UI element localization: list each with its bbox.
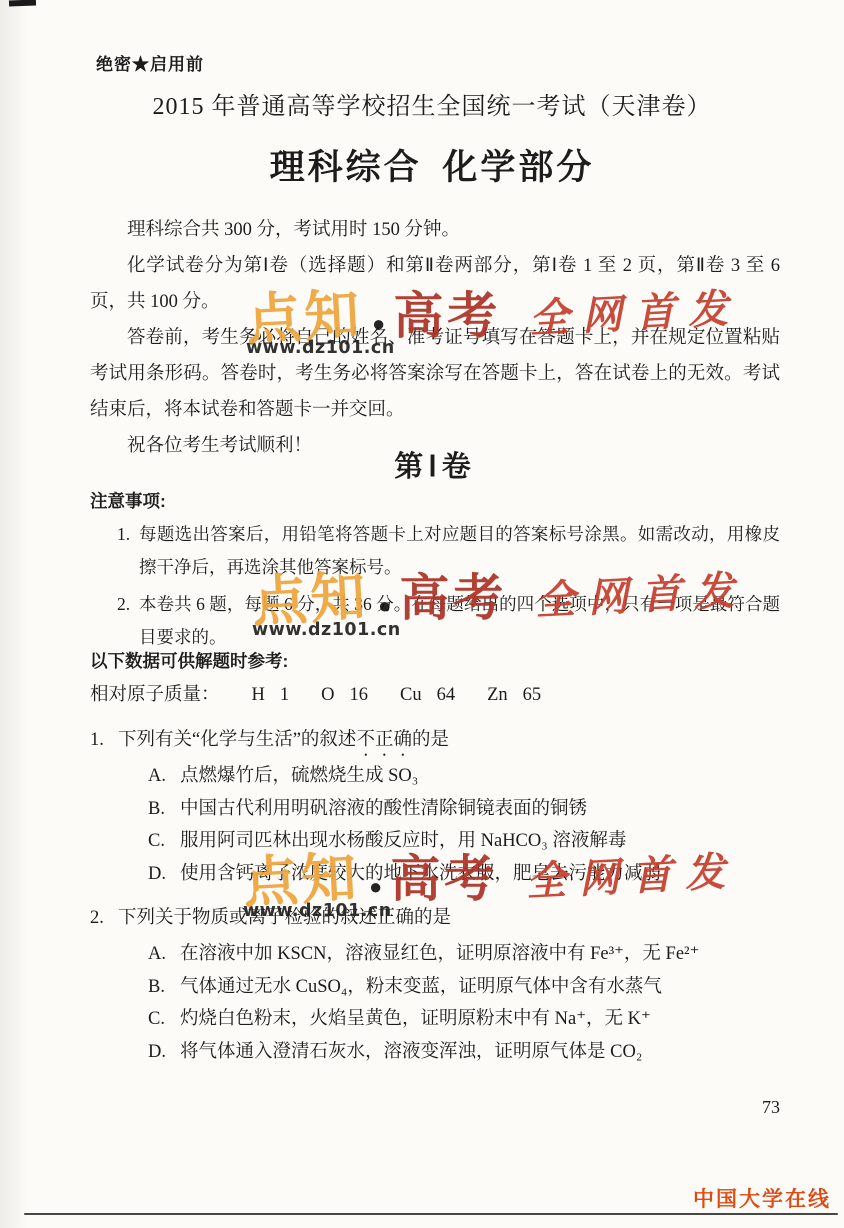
option-label: D. [148,1036,180,1069]
option-label: A. [148,760,180,793]
instruction-paragraph-2: 化学试卷分为第Ⅰ卷（选择题）和第Ⅱ卷两部分，第Ⅰ卷 1 至 2 页，第Ⅱ卷 3 … [90,248,780,320]
site-credit: 中国大学在线 [693,1183,831,1213]
option-text: 在溶液中加 KSCN，溶液显红色，证明原溶液中有 Fe³⁺，无 Fe²⁺ [180,938,780,971]
atomic-mass-pair: H1 [252,685,290,705]
atomic-mass-pair: Cu64 [400,685,455,705]
option-text: 服用阿司匹林出现水杨酸反应时，用 NaHCO₃ 溶液解毒 [180,825,780,858]
option-label: C. [148,1003,180,1036]
option-label: A. [148,938,180,971]
reference-data-heading: 以下数据可供解题时参考: [90,648,288,674]
note-item-1: 1. 每题选出答案后，用铅笔将答题卡上对应题目的答案标号涂黑。如需改动，用橡皮擦… [90,518,780,584]
option-label: C. [148,825,180,858]
exam-title: 2015 年普通高等学校招生全国统一考试（天津卷） [60,86,804,121]
instruction-paragraph-3: 答卷前，考生务必将自己的姓名、准考证号填写在答题卡上，并在规定位置粘贴考试用条形… [90,320,780,428]
option-c: C. 灼烧白色粉末，火焰呈黄色，证明原粉末中有 Na⁺，无 K⁺ [148,1003,780,1036]
option-b: B. 气体通过无水 CuSO₄，粉末变蓝，证明原气体中含有水蒸气 [148,971,780,1004]
scan-left-edge-shading [0,0,28,1228]
note-number: 1. [117,518,139,584]
subject-part-name: 化学部分 [442,148,594,187]
instruction-paragraph-1: 理科综合共 300 分，考试用时 150 分钟。 [90,212,780,248]
atomic-mass-pair: Zn65 [487,685,541,705]
option-text: 气体通过无水 CuSO₄，粉末变蓝，证明原气体中含有水蒸气 [180,971,780,1004]
element-mass: 16 [350,685,369,705]
note-number: 2. [117,588,139,654]
option-label: B. [148,793,180,826]
option-list: A. 点燃爆竹后，硫燃烧生成 SO₃ B. 中国古代利用明矾溶液的酸性清除铜镜表… [90,760,780,890]
option-c: C. 服用阿司匹林出现水杨酸反应时，用 NaHCO₃ 溶液解毒 [148,825,780,858]
element-symbol: H [252,685,265,705]
question-text: 下列关于物质或离子检验的叙述正确的是 [118,902,780,938]
option-a: A. 点燃爆竹后，硫燃烧生成 SO₃ [148,760,780,793]
option-text: 点燃爆竹后，硫燃烧生成 SO₃ [180,760,780,793]
question-2: 2. 下列关于物质或离子检验的叙述正确的是 A. 在溶液中加 KSCN，溶液显红… [90,902,780,1068]
question-number: 2. [90,902,118,938]
atomic-mass-row: 相对原子质量：H1O16Cu64Zn65 [90,682,541,708]
question-1: 1. 下列有关“化学与生活”的叙述不正确的是 A. 点燃爆竹后，硫燃烧生成 SO… [90,724,780,890]
option-d: D. 将气体通入澄清石灰水，溶液变浑浊，证明原气体是 CO₂ [148,1036,780,1069]
element-mass: 64 [437,685,456,705]
stem-post: 的是 [412,730,449,750]
option-label: D. [148,858,180,891]
question-stem: 1. 下列有关“化学与生活”的叙述不正确的是 [90,724,780,760]
exam-instructions: 理科综合共 300 分，考试用时 150 分钟。 化学试卷分为第Ⅰ卷（选择题）和… [90,212,780,464]
element-symbol: O [321,685,334,705]
stem-pre: 下列关于物质或离子检验的叙述正确的是 [118,908,451,928]
option-d: D. 使用含钙离子浓度较大的地下水洗衣服，肥皂去污能力减弱 [148,858,780,891]
element-mass: 1 [280,685,289,705]
option-a: A. 在溶液中加 KSCN，溶液显红色，证明原溶液中有 Fe³⁺，无 Fe²⁺ [148,938,780,971]
atomic-mass-pair: O16 [321,685,368,705]
stem-pre: 下列有关“化学与生活”的叙述 [118,730,356,750]
note-item-2: 2. 本卷共 6 题，每题 6 分，共 36 分。在每题给出的四个选项中，只有一… [90,588,780,654]
atomic-mass-label: 相对原子质量： [90,685,220,705]
option-text: 灼烧白色粉末，火焰呈黄色，证明原粉末中有 Na⁺，无 K⁺ [180,1003,780,1036]
subject-title: 理科综合 化学部分 [60,140,804,190]
notes-heading: 注意事项: [90,488,780,514]
option-text: 将气体通入澄清石灰水，溶液变浑浊，证明原气体是 CO₂ [180,1036,780,1069]
note-text: 每题选出答案后，用铅笔将答题卡上对应题目的答案标号涂黑。如需改动，用橡皮擦干净后… [139,518,780,584]
classification-banner: 绝密★启用前 [96,50,204,75]
subject-name: 理科综合 [270,148,422,187]
element-symbol: Zn [487,685,508,705]
element-mass: 65 [523,685,542,705]
question-stem: 2. 下列关于物质或离子检验的叙述正确的是 [90,902,780,938]
stem-emphasized: 不正确 [356,730,412,750]
section-1-title: 第Ⅰ卷 [90,444,780,485]
question-list: 1. 下列有关“化学与生活”的叙述不正确的是 A. 点燃爆竹后，硫燃烧生成 SO… [90,724,780,1068]
option-label: B. [148,971,180,1004]
scan-corner-artifact [9,0,36,6]
option-text: 使用含钙离子浓度较大的地下水洗衣服，肥皂去污能力减弱 [180,858,780,891]
question-number: 1. [90,724,118,760]
option-text: 中国古代利用明矾溶液的酸性清除铜镜表面的铜锈 [180,793,780,826]
scan-bottom-edge-line [24,1213,838,1215]
notes-block: 注意事项: 1. 每题选出答案后，用铅笔将答题卡上对应题目的答案标号涂黑。如需改… [90,488,780,654]
option-b: B. 中国古代利用明矾溶液的酸性清除铜镜表面的铜锈 [148,793,780,826]
note-text: 本卷共 6 题，每题 6 分，共 36 分。在每题给出的四个选项中，只有一项是最… [139,588,780,654]
element-symbol: Cu [400,685,422,705]
question-text: 下列有关“化学与生活”的叙述不正确的是 [118,724,780,760]
option-list: A. 在溶液中加 KSCN，溶液显红色，证明原溶液中有 Fe³⁺，无 Fe²⁺ … [90,938,780,1068]
page-number: 73 [762,1096,780,1118]
